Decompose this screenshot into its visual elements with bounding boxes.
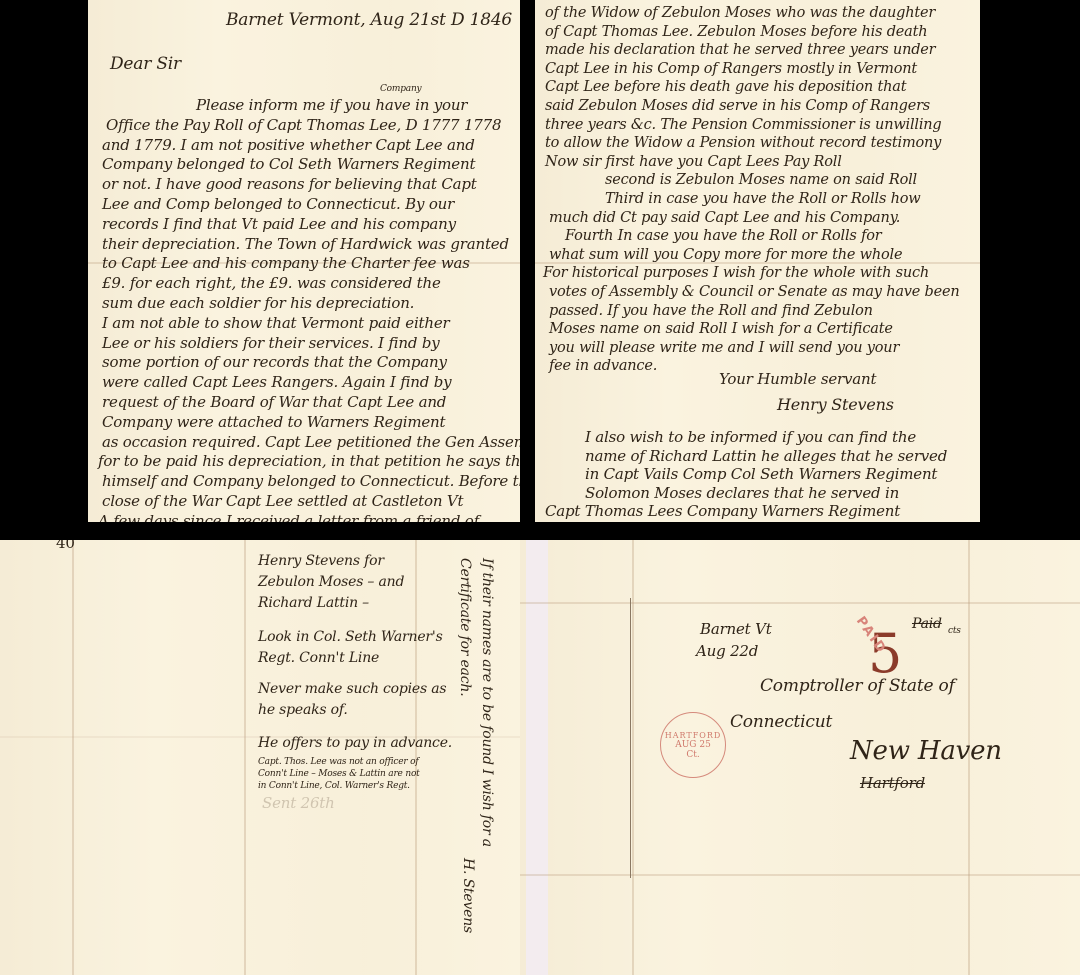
docket-line: He offers to pay in advance. bbox=[258, 736, 452, 750]
letter-line: Company were attached to Warners Regimen… bbox=[102, 415, 445, 430]
letter-line: and 1779. I am not positive whether Capt… bbox=[102, 138, 475, 153]
fold-edge bbox=[630, 598, 633, 878]
letter-line: of the Widow of Zebulon Moses who was th… bbox=[545, 6, 935, 21]
docket-note-line: Conn't Line – Moses & Lattin are not bbox=[258, 770, 420, 779]
postmark-date: AUG 25 bbox=[675, 740, 711, 750]
letter-line: passed. If you have the Roll and find Ze… bbox=[549, 304, 873, 319]
letter-line: himself and Company belonged to Connecti… bbox=[102, 474, 520, 489]
salutation: Dear Sir bbox=[110, 54, 181, 74]
letter-line: Office the Pay Roll of Capt Thomas Lee, … bbox=[106, 118, 501, 133]
interlinear-note: Company bbox=[380, 84, 421, 94]
letter-line: of Capt Thomas Lee. Zebulon Moses before… bbox=[545, 25, 927, 40]
letter-heading: Barnet Vermont, Aug 21st D 1846 bbox=[226, 10, 512, 30]
letter-line: made his declaration that he served thre… bbox=[545, 43, 935, 58]
letter-page-1: Barnet Vermont, Aug 21st D 1846 Dear Sir… bbox=[88, 0, 520, 522]
docket-line: Look in Col. Seth Warner's bbox=[258, 630, 443, 644]
docket-note-line: in Conn't Line, Col. Warner's Regt. bbox=[258, 782, 410, 791]
postscript-line: Solomon Moses declares that he served in bbox=[585, 486, 899, 501]
mailing-date: Aug 22d bbox=[696, 642, 758, 660]
fold-line bbox=[72, 540, 74, 975]
address-line: Comptroller of State of bbox=[760, 676, 955, 696]
vertical-initials: H. Stevens bbox=[460, 858, 476, 933]
letter-line: Capt Lee before his death gave his depos… bbox=[545, 80, 906, 95]
letter-line: Fourth In case you have the Roll or Roll… bbox=[565, 229, 882, 244]
letter-line: close of the War Capt Lee settled at Cas… bbox=[102, 494, 463, 509]
letter-line: or not. I have good reasons for believin… bbox=[102, 177, 477, 192]
vertical-note-line: Certificate for each. bbox=[454, 558, 476, 847]
address-cover: Barnet Vt Aug 22d Paid cts 5 PAID Comptr… bbox=[520, 540, 1080, 975]
postscript-line: I also wish to be informed if you can fi… bbox=[585, 430, 916, 445]
postscript-line: name of Richard Lattin he alleges that h… bbox=[585, 449, 947, 464]
letter-line: Company belonged to Col Seth Warners Reg… bbox=[102, 157, 475, 172]
hartford-postmark: HARTFORD AUG 25 Ct. bbox=[660, 712, 726, 778]
letter-line: Please inform me if you have in your bbox=[196, 98, 467, 113]
struck-destination: Hartford bbox=[860, 774, 925, 792]
faint-bleed-text: Sent 26th bbox=[262, 794, 335, 812]
letter-line: Lee and Comp belonged to Connecticut. By… bbox=[102, 197, 454, 212]
paid-struck: Paid bbox=[912, 616, 942, 632]
letter-line: three years &c. The Pension Commissioner… bbox=[545, 118, 942, 133]
letter-line: second is Zebulon Moses name on said Rol… bbox=[605, 173, 917, 188]
letter-line: what sum will you Copy more for more the… bbox=[549, 248, 902, 263]
letter-page-2: of the Widow of Zebulon Moses who was th… bbox=[535, 0, 980, 522]
letter-line: A few days since I received a letter fro… bbox=[98, 514, 479, 522]
letter-line: sum due each soldier for his depreciatio… bbox=[102, 296, 414, 311]
vertical-note: If their names are to be found I wish fo… bbox=[454, 558, 498, 847]
letter-line: much did Ct pay said Capt Lee and his Co… bbox=[549, 211, 900, 226]
destination-city: New Haven bbox=[850, 736, 1002, 766]
letter-line: you will please write me and I will send… bbox=[549, 341, 899, 356]
docket-page: 40 Henry Stevens forZebulon Moses – andR… bbox=[0, 540, 520, 975]
docket-note-line: Capt. Thos. Lee was not an officer of bbox=[258, 758, 419, 767]
letter-line: votes of Assembly & Council or Senate as… bbox=[549, 285, 960, 300]
letter-line: as occasion required. Capt Lee petitione… bbox=[102, 435, 520, 450]
fold-line bbox=[520, 874, 1080, 876]
letter-line: Lee or his soldiers for their services. … bbox=[102, 336, 440, 351]
edge-strip bbox=[526, 540, 548, 975]
letter-line: For historical purposes I wish for the w… bbox=[543, 266, 929, 281]
letter-line: to allow the Widow a Pension without rec… bbox=[545, 136, 941, 151]
letter-line: said Zebulon Moses did serve in his Comp… bbox=[545, 99, 930, 114]
letter-line: £9. for each right, the £9. was consider… bbox=[102, 276, 441, 291]
rate-suffix: cts bbox=[948, 626, 961, 636]
letter-line: some portion of our records that the Com… bbox=[102, 355, 447, 370]
letter-line: Moses name on said Roll I wish for a Cer… bbox=[549, 322, 893, 337]
docket-line: Regt. Conn't Line bbox=[258, 651, 379, 665]
docket-line: he speaks of. bbox=[258, 703, 348, 717]
fold-line bbox=[244, 540, 246, 975]
postscript-line: in Capt Vails Comp Col Seth Warners Regi… bbox=[585, 467, 937, 482]
address-line: Connecticut bbox=[730, 712, 832, 732]
signature: Henry Stevens bbox=[777, 395, 894, 414]
docket-line: Zebulon Moses – and bbox=[258, 575, 404, 589]
letter-line: Capt Lee in his Comp of Rangers mostly i… bbox=[545, 62, 917, 77]
postmark-state: Ct. bbox=[686, 750, 699, 760]
closing: Your Humble servant bbox=[719, 370, 876, 388]
letter-line: were called Capt Lees Rangers. Again I f… bbox=[102, 375, 451, 390]
letter-line: Now sir first have you Capt Lees Pay Rol… bbox=[545, 155, 842, 170]
letter-line: to Capt Lee and his company the Charter … bbox=[102, 256, 470, 271]
letter-line: their depreciation. The Town of Hardwick… bbox=[102, 237, 509, 252]
origin-town: Barnet Vt bbox=[700, 620, 772, 638]
corner-mark: 40 bbox=[56, 540, 75, 552]
fold-line bbox=[520, 602, 1080, 604]
vertical-note-line: If their names are to be found I wish fo… bbox=[476, 558, 498, 847]
letter-line: request of the Board of War that Capt Le… bbox=[102, 395, 446, 410]
letter-line: records I find that Vt paid Lee and his … bbox=[102, 217, 456, 232]
docket-line: Never make such copies as bbox=[258, 682, 446, 696]
letter-line: fee in advance. bbox=[549, 359, 657, 374]
postscript-line: Capt Thomas Lees Company Warners Regimen… bbox=[545, 504, 900, 519]
letter-line: for to be paid his depreciation, in that… bbox=[98, 454, 520, 469]
postmark-ring-text: HARTFORD bbox=[665, 731, 722, 740]
letter-line: I am not able to show that Vermont paid … bbox=[102, 316, 450, 331]
docket-line: Richard Lattin – bbox=[258, 596, 369, 610]
docket-line: Henry Stevens for bbox=[258, 554, 384, 568]
letter-line: Third in case you have the Roll or Rolls… bbox=[605, 192, 921, 207]
